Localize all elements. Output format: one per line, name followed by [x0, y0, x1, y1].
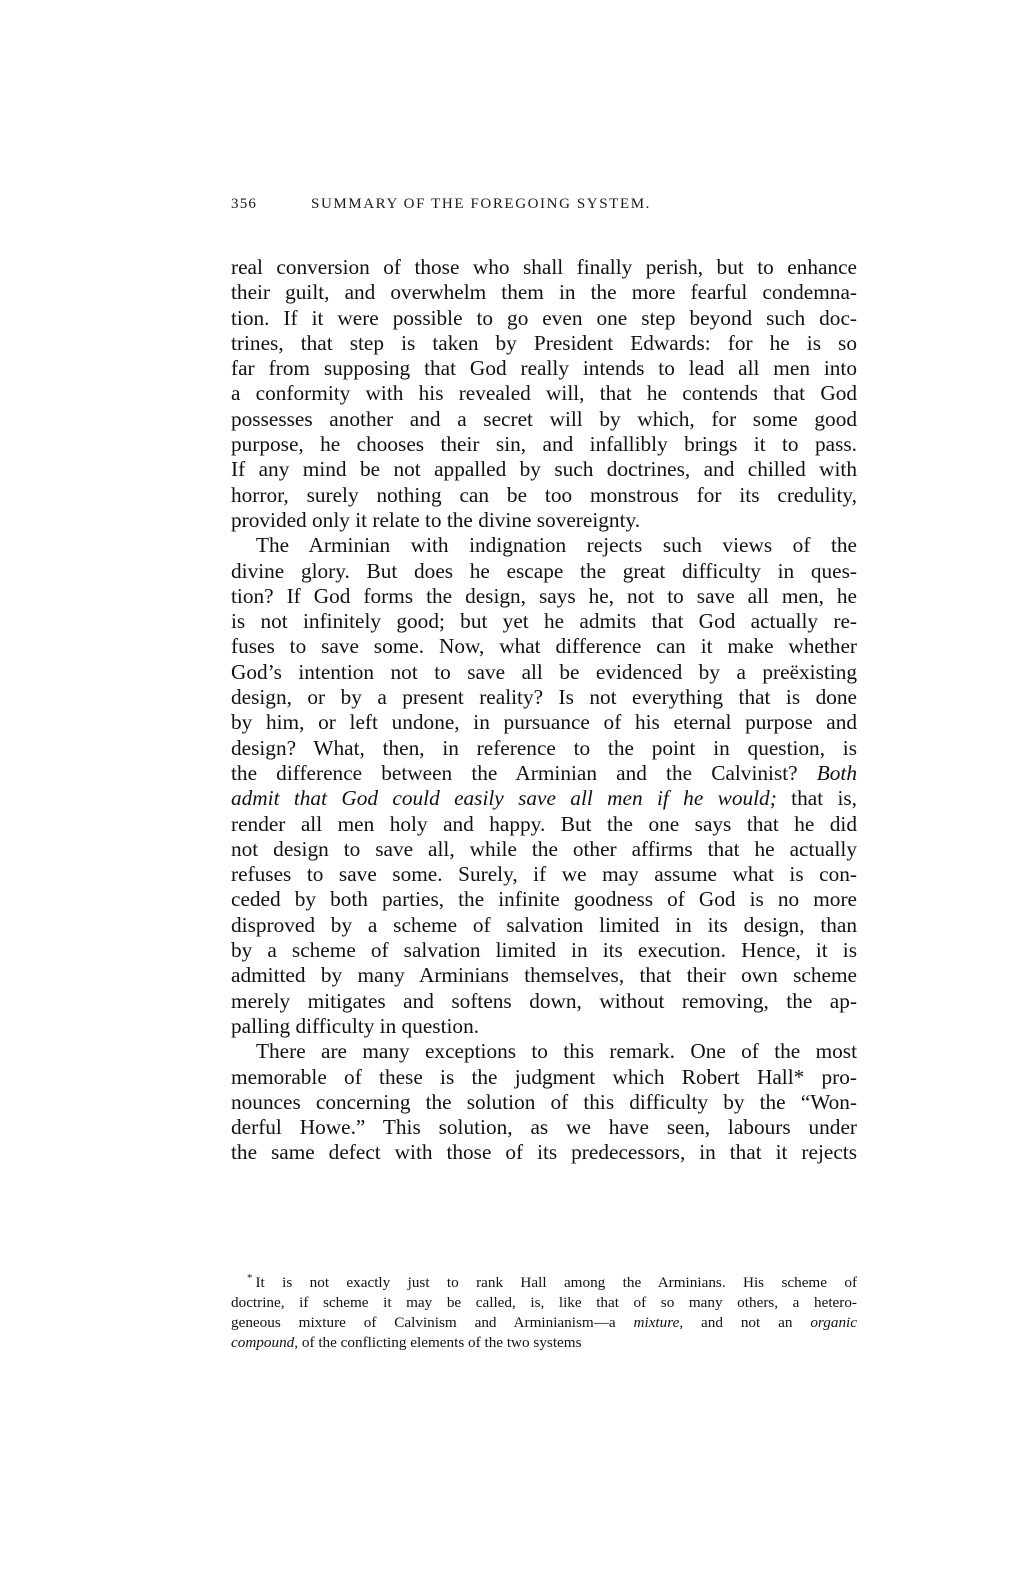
paragraph-1: real conversion of those who shall final… — [231, 255, 857, 533]
text-line: purpose, he chooses their sin, and infal… — [231, 432, 857, 457]
text-line: possesses another and a secret will by w… — [231, 407, 857, 432]
text-line: far from supposing that God really inten… — [231, 356, 857, 381]
text-line: the difference between the Arminian and … — [231, 761, 857, 786]
footnote-text: It is not exactly just to rank Hall amon… — [256, 1274, 858, 1291]
footnote-text: geneous mixture of Calvinism and Arminia… — [231, 1314, 634, 1331]
text-line: If any mind be not appalled by such doct… — [231, 457, 857, 482]
text-line: real conversion of those who shall final… — [231, 255, 857, 280]
footnote-line: geneous mixture of Calvinism and Arminia… — [231, 1313, 857, 1333]
running-head: 356 SUMMARY OF THE FOREGOING SYSTEM. — [231, 196, 857, 222]
text-line: design? What, then, in reference to the … — [231, 736, 857, 761]
footnote-line: doctrine, if scheme it may be called, is… — [231, 1293, 857, 1313]
text-line: memorable of these is the judgment which… — [231, 1065, 857, 1090]
footnote-text: , of the conflicting elements of the two… — [294, 1334, 581, 1351]
text-line: tion? If God forms the design, says he, … — [231, 584, 857, 609]
italic-text: organic — [810, 1314, 857, 1331]
body-text: real conversion of those who shall final… — [231, 255, 857, 1166]
footnote-text: , and not an — [679, 1314, 810, 1331]
text-line: not design to save all, while the other … — [231, 837, 857, 862]
text-line: tion. If it were possible to go even one… — [231, 306, 857, 331]
paragraph-2: The Arminian with indignation rejects su… — [231, 533, 857, 1039]
text-line: divine glory. But does he escape the gre… — [231, 559, 857, 584]
text-line: by him, or left undone, in pursuance of … — [231, 710, 857, 735]
italic-text: compound — [231, 1334, 294, 1351]
text-line: the same defect with those of its predec… — [231, 1140, 857, 1165]
text-line: a conformity with his revealed will, tha… — [231, 381, 857, 406]
text-segment: the difference between the Arminian and … — [231, 761, 817, 785]
paragraph-3: There are many exceptions to this remark… — [231, 1039, 857, 1165]
italic-text: mixture — [634, 1314, 680, 1331]
text-line: ceded by both parties, the infinite good… — [231, 887, 857, 912]
text-line: The Arminian with indignation rejects su… — [231, 533, 857, 558]
italic-text: Both — [817, 761, 857, 785]
text-line: provided only it relate to the divine so… — [231, 508, 857, 533]
text-line: palling difficulty in question. — [231, 1014, 857, 1039]
footnote-marker: * — [247, 1272, 253, 1284]
text-line: their guilt, and overwhelm them in the m… — [231, 280, 857, 305]
text-line: There are many exceptions to this remark… — [231, 1039, 857, 1064]
page-number: 356 — [231, 196, 257, 213]
text-line: merely mitigates and softens down, witho… — [231, 989, 857, 1014]
text-line: trines, that step is taken by President … — [231, 331, 857, 356]
text-line: God’s intention not to save all be evide… — [231, 660, 857, 685]
text-line: fuses to save some. Now, what difference… — [231, 634, 857, 659]
book-page: 356 SUMMARY OF THE FOREGOING SYSTEM. rea… — [231, 196, 857, 1166]
text-line: admitted by many Arminians themselves, t… — [231, 963, 857, 988]
text-line: admit that God could easily save all men… — [231, 786, 857, 811]
text-line: by a scheme of salvation limited in its … — [231, 938, 857, 963]
footnote-line: *It is not exactly just to rank Hall amo… — [231, 1268, 857, 1293]
footnote-line: compound, of the conflicting elements of… — [231, 1333, 857, 1353]
running-title: SUMMARY OF THE FOREGOING SYSTEM. — [311, 196, 651, 213]
text-segment: that is, — [777, 786, 857, 810]
text-line: render all men holy and happy. But the o… — [231, 812, 857, 837]
footnote: *It is not exactly just to rank Hall amo… — [231, 1268, 857, 1353]
text-line: is not infinitely good; but yet he admit… — [231, 609, 857, 634]
text-line: nounces concerning the solution of this … — [231, 1090, 857, 1115]
italic-text: admit that God could easily save all men… — [231, 786, 777, 810]
text-line: horror, surely nothing can be too monstr… — [231, 483, 857, 508]
text-line: design, or by a present reality? Is not … — [231, 685, 857, 710]
text-line: refuses to save some. Surely, if we may … — [231, 862, 857, 887]
text-line: derful Howe.” This solution, as we have … — [231, 1115, 857, 1140]
text-line: disproved by a scheme of salvation limit… — [231, 913, 857, 938]
